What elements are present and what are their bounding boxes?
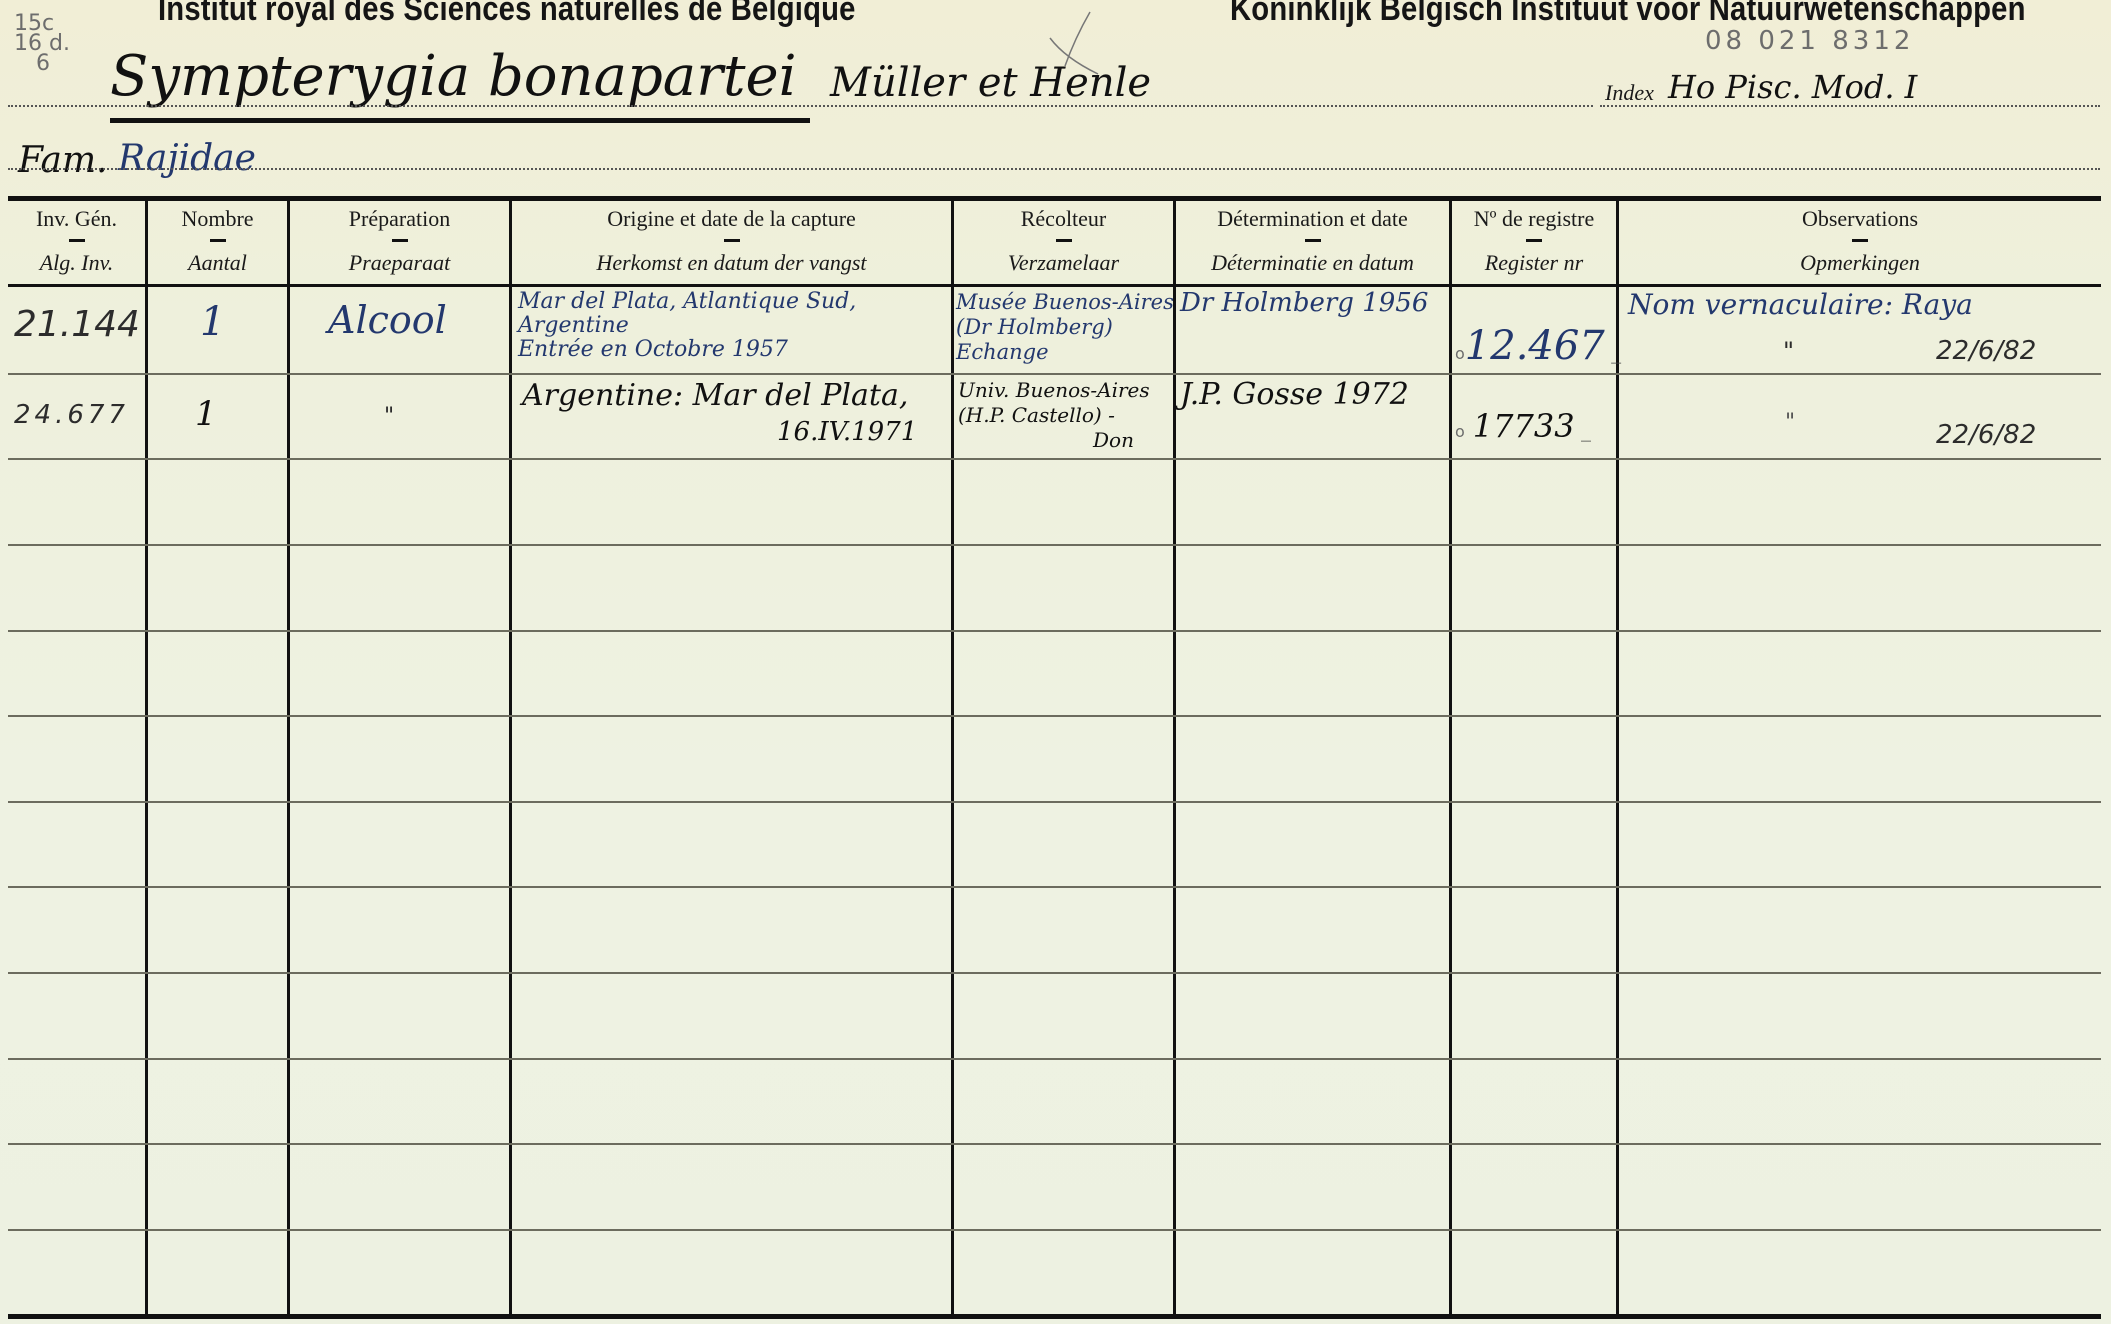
column-header-fr: Récolteur xyxy=(954,208,1173,230)
column-divider xyxy=(509,201,512,1314)
cell-observations-date: 22/6/82 xyxy=(1936,338,2036,364)
pencil-code-left: 15c 16 d. 6 xyxy=(14,14,70,74)
cell-line: Mar del Plata, Atlantique Sud, xyxy=(518,290,856,314)
column-header-registre: Nº de registreRegister nr xyxy=(1452,208,1616,274)
cell-inv: 24.677 xyxy=(14,402,129,428)
header-dash xyxy=(210,239,226,242)
cell-recolteur: Musée Buenos-Aires (Dr Holmberg) Echange xyxy=(956,290,1174,365)
cell-line: (H.P. Castello) - xyxy=(958,403,1150,428)
column-header-fr: Origine et date de la capture xyxy=(512,208,951,230)
column-header-nl: Register nr xyxy=(1452,252,1616,274)
cell-line: Univ. Buenos-Aires xyxy=(958,378,1150,403)
cell-recolteur: Univ. Buenos-Aires (H.P. Castello) - Don xyxy=(958,378,1150,453)
column-header-nl: Praeparaat xyxy=(290,252,509,274)
column-header-fr: Nº de registre xyxy=(1452,208,1616,230)
registre-mark: o xyxy=(1455,344,1465,363)
cell-origine: Mar del Plata, Atlantique Sud, Argentine… xyxy=(518,290,856,362)
header-dash xyxy=(392,239,408,242)
cell-line: Argentine: Mar del Plata, xyxy=(522,378,917,414)
index-value: Ho Pisc. Mod. I xyxy=(1668,68,1917,106)
column-header-nl: Opmerkingen xyxy=(1619,252,2101,274)
cell-nombre: 1 xyxy=(200,302,225,342)
institute-name-dutch: Koninklijk Belgisch Instituut voor Natuu… xyxy=(1230,0,2026,29)
row-rule xyxy=(8,1229,2101,1231)
table-bottom-rule xyxy=(8,1314,2101,1319)
cell-determination: J.P. Gosse 1972 xyxy=(1180,382,1409,408)
row-rule xyxy=(8,886,2101,888)
cell-observations: Nom vernaculaire: Raya xyxy=(1628,292,1973,318)
row-rule xyxy=(8,458,2101,460)
cell-line: (Dr Holmberg) xyxy=(956,315,1174,340)
table-top-rule xyxy=(8,196,2101,201)
cell-preparation: " xyxy=(384,404,394,430)
cell-line: Don xyxy=(958,428,1150,453)
cell-inv: 21.144 xyxy=(14,305,140,345)
header-dash xyxy=(1526,239,1542,242)
column-header-fr: Nombre xyxy=(148,208,287,230)
column-header-inv: Inv. Gén.Alg. Inv. xyxy=(8,208,145,274)
cell-observations-ditto: " xyxy=(1785,410,1795,436)
family-value: Rajidae xyxy=(118,138,256,179)
row-rule xyxy=(8,801,2101,803)
registre-number: 17733 xyxy=(1465,407,1575,445)
column-divider xyxy=(951,201,954,1314)
column-header-observations: ObservationsOpmerkingen xyxy=(1619,208,2101,274)
row-rule xyxy=(8,972,2101,974)
column-header-fr: Inv. Gén. xyxy=(8,208,145,230)
row-rule xyxy=(8,1058,2101,1060)
header-dash xyxy=(724,239,740,242)
row-rule xyxy=(8,373,2101,375)
column-header-preparation: PréparationPraeparaat xyxy=(290,208,509,274)
cell-observations-date: 22/6/82 xyxy=(1936,422,2036,448)
column-divider xyxy=(1449,201,1452,1314)
column-header-nl: Verzamelaar xyxy=(954,252,1173,274)
column-header-nl: Herkomst en datum der vangst xyxy=(512,252,951,274)
column-header-origine: Origine et date de la captureHerkomst en… xyxy=(512,208,951,274)
registre-number: 12.467 xyxy=(1465,323,1605,369)
cell-registre: o17733 _ xyxy=(1455,408,1591,450)
column-header-fr: Préparation xyxy=(290,208,509,230)
cell-origine: Argentine: Mar del Plata, 16.IV.1971 xyxy=(522,378,917,450)
table-header-rule xyxy=(8,284,2101,287)
row-rule xyxy=(8,630,2101,632)
pencil-code-right: 08 021 8312 xyxy=(1705,26,1914,56)
column-divider xyxy=(1173,201,1176,1314)
species-name: Sympterygia bonapartei xyxy=(110,44,797,109)
pencil-code-line: 6 xyxy=(14,54,70,74)
column-header-nl: Aantal xyxy=(148,252,287,274)
cell-observations-ditto: " xyxy=(1783,338,1794,364)
cell-preparation: Alcool xyxy=(328,300,447,340)
cell-line: Entrée en Octobre 1957 xyxy=(518,338,856,362)
column-divider xyxy=(287,201,290,1314)
species-underline xyxy=(110,118,810,123)
column-header-fr: Observations xyxy=(1619,208,2101,230)
column-header-nombre: NombreAantal xyxy=(148,208,287,274)
cell-line: Argentine xyxy=(518,314,856,338)
family-label: Fam. xyxy=(18,140,108,181)
index-dotted-line xyxy=(1600,105,2100,107)
index-label: Index xyxy=(1605,80,1654,106)
cell-line: 16.IV.1971 xyxy=(522,414,917,450)
header-dash xyxy=(1305,239,1321,242)
cell-nombre: 1 xyxy=(195,396,217,432)
cell-registre: o12.467 _ xyxy=(1455,325,1621,375)
column-header-determination: Détermination et dateDéterminatie en dat… xyxy=(1176,208,1449,274)
header-dash xyxy=(1852,239,1868,242)
row-rule xyxy=(8,544,2101,546)
column-header-fr: Détermination et date xyxy=(1176,208,1449,230)
cell-determination: Dr Holmberg 1956 xyxy=(1180,290,1428,316)
column-header-nl: Alg. Inv. xyxy=(8,252,145,274)
row-rule xyxy=(8,1143,2101,1145)
column-divider xyxy=(145,201,148,1314)
cell-line: Musée Buenos-Aires xyxy=(956,290,1174,315)
cell-line: Echange xyxy=(956,340,1174,365)
species-author: Müller et Henle xyxy=(830,60,1151,106)
institute-name-french: Institut royal des Sciences naturelles d… xyxy=(158,0,856,29)
family-dotted-line xyxy=(8,168,2100,170)
registre-mark: o xyxy=(1455,422,1465,441)
column-header-recolteur: RécolteurVerzamelaar xyxy=(954,208,1173,274)
species-dotted-line xyxy=(8,105,1593,107)
row-rule xyxy=(8,715,2101,717)
column-header-nl: Déterminatie en datum xyxy=(1176,252,1449,274)
header-dash xyxy=(69,239,85,242)
header-dash xyxy=(1056,239,1072,242)
